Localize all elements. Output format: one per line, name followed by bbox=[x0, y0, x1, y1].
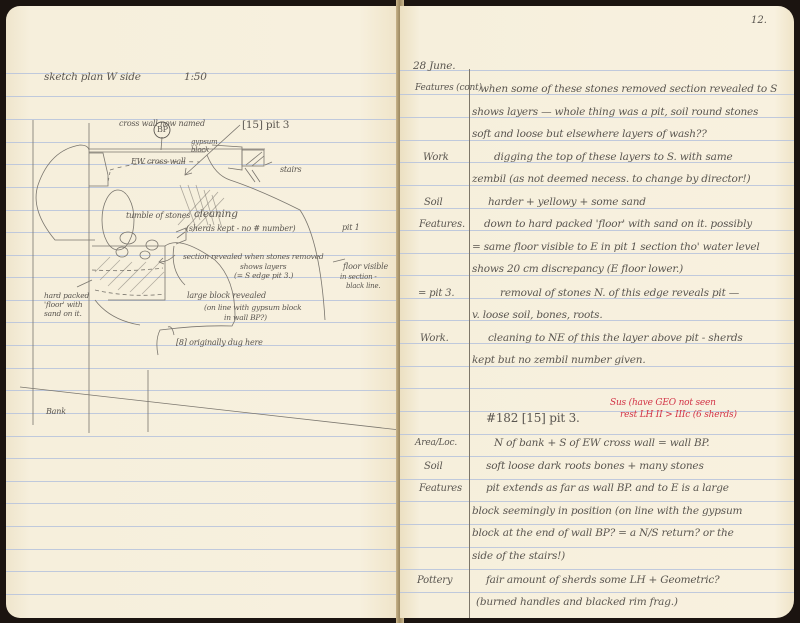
text-line: zembil (as not deemed necess. to change … bbox=[472, 173, 750, 185]
sketch-heading-title: sketch plan W side bbox=[44, 71, 141, 83]
rule-line bbox=[400, 456, 794, 457]
label-pit-3: = pit 3. bbox=[418, 288, 454, 299]
text-line: fair amount of sherds some LH + Geometri… bbox=[486, 574, 719, 586]
rule-line bbox=[400, 592, 794, 593]
sketch-scale: 1:50 bbox=[184, 71, 207, 83]
label-large-block-1: large block revealed bbox=[187, 291, 266, 300]
label-hard-packed-3: sand on it. bbox=[44, 309, 82, 318]
label-hard-packed-1: hard packed bbox=[44, 291, 89, 300]
label-area-loc: Area/Loc. bbox=[415, 438, 457, 448]
label-pit-1: pit 1 bbox=[342, 223, 360, 232]
right-notebook-page: 12. 28 June. Features (cont) when some o… bbox=[400, 6, 794, 618]
text-line: block at the end of wall BP? = a N/S ret… bbox=[472, 527, 734, 539]
text-line: block seemingly in position (on line wit… bbox=[472, 505, 742, 517]
text-line: kept but no zembil number given. bbox=[472, 354, 646, 366]
label-features-2: Features bbox=[419, 483, 462, 494]
label-large-block-3: in wall BP?) bbox=[224, 313, 267, 322]
red-annotation-line-1: Sus (have GEO not seen bbox=[610, 398, 716, 408]
text-line: shows 20 cm discrepancy (E floor lower.) bbox=[472, 263, 683, 275]
label-ew-cross-wall: EW cross wall bbox=[131, 157, 186, 166]
page-number: 12. bbox=[751, 15, 767, 26]
label-hard-packed-2: 'floor' with bbox=[44, 300, 83, 309]
label-cleaning: cleaning bbox=[194, 208, 238, 220]
rule-line bbox=[400, 434, 794, 435]
rule-line bbox=[400, 208, 794, 209]
label-sherds-kept: (sherds kept - no # number) bbox=[186, 224, 295, 233]
rule-line bbox=[400, 501, 794, 502]
rule-line bbox=[400, 185, 794, 186]
label-features: Features. bbox=[419, 219, 465, 230]
text-line: when some of these stones removed sectio… bbox=[480, 83, 777, 95]
label-gypsum-block: gypsum block bbox=[191, 138, 221, 154]
rule-line bbox=[400, 366, 794, 367]
label-soil: Soil bbox=[424, 197, 442, 208]
text-line: pit extends as far as wall BP. and to E … bbox=[486, 482, 729, 494]
margin-line bbox=[469, 69, 470, 618]
label-trench-pit: [15] pit 3 bbox=[242, 119, 289, 131]
red-annotation-line-2: rest LH II > IIIc (6 sherds) bbox=[620, 410, 737, 420]
rule-line bbox=[400, 569, 794, 570]
label-work-2: Work. bbox=[420, 333, 449, 344]
text-line: N of bank + S of EW cross wall = wall BP… bbox=[494, 437, 709, 449]
text-line: v. loose soil, bones, roots. bbox=[472, 309, 603, 321]
label-section-revealed-2: shows layers bbox=[240, 262, 286, 271]
label-pottery: Pottery bbox=[417, 575, 452, 586]
label-tumble-of-stones: tumble of stones bbox=[126, 211, 190, 220]
rule-line bbox=[400, 479, 794, 480]
rule-line bbox=[400, 388, 794, 389]
label-soil-2: Soil bbox=[424, 461, 442, 472]
sketch-heading: sketch plan W side 1:50 bbox=[44, 71, 207, 83]
rule-line bbox=[400, 547, 794, 548]
text-line: down to hard packed 'floor' with sand on… bbox=[484, 218, 752, 230]
label-work: Work bbox=[423, 152, 449, 163]
label-originally-dug: [8] originally dug here bbox=[176, 338, 263, 347]
text-line: = same floor visible to E in pit 1 secti… bbox=[472, 241, 760, 253]
label-floor-visible-2: in section - bbox=[340, 273, 377, 281]
rule-line bbox=[400, 253, 794, 254]
rule-line bbox=[400, 275, 794, 276]
text-line: harder + yellowy + some sand bbox=[488, 196, 646, 208]
text-line: cleaning to NE of this the layer above p… bbox=[488, 332, 743, 344]
text-line: side of the stairs!) bbox=[472, 550, 565, 562]
text-line: soft and loose but elsewhere layers of w… bbox=[472, 128, 707, 140]
label-bank: Bank bbox=[46, 407, 66, 416]
label-large-block-2: (on line with gypsum block bbox=[204, 303, 301, 312]
text-line: removal of stones N. of this edge reveal… bbox=[500, 287, 739, 299]
rule-line bbox=[400, 230, 794, 231]
rule-line bbox=[400, 524, 794, 525]
text-line: soft loose dark roots bones + many stone… bbox=[486, 460, 704, 472]
left-notebook-page: sketch plan W side 1:50 cross wall now n… bbox=[6, 6, 398, 618]
label-section-revealed-1: section revealed when stones removed bbox=[183, 252, 324, 261]
rule-line bbox=[400, 70, 794, 71]
label-section-revealed-3: (= S edge pit 3.) bbox=[234, 271, 293, 280]
label-floor-visible-1: floor visible bbox=[343, 262, 388, 271]
entry-date: 28 June. bbox=[413, 60, 455, 72]
label-features-cont: Features (cont) bbox=[415, 83, 482, 93]
label-stairs: stairs bbox=[280, 165, 301, 174]
text-line: shows layers — whole thing was a pit, so… bbox=[472, 106, 758, 118]
text-line: digging the top of these layers to S. wi… bbox=[494, 151, 732, 163]
label-floor-visible-3: black line. bbox=[346, 282, 380, 290]
label-bp: BP bbox=[157, 125, 168, 134]
rule-line bbox=[400, 140, 794, 141]
text-line: (burned handles and blacked rim frag.) bbox=[476, 596, 678, 608]
new-entry-heading: #182 [15] pit 3. bbox=[486, 411, 580, 425]
